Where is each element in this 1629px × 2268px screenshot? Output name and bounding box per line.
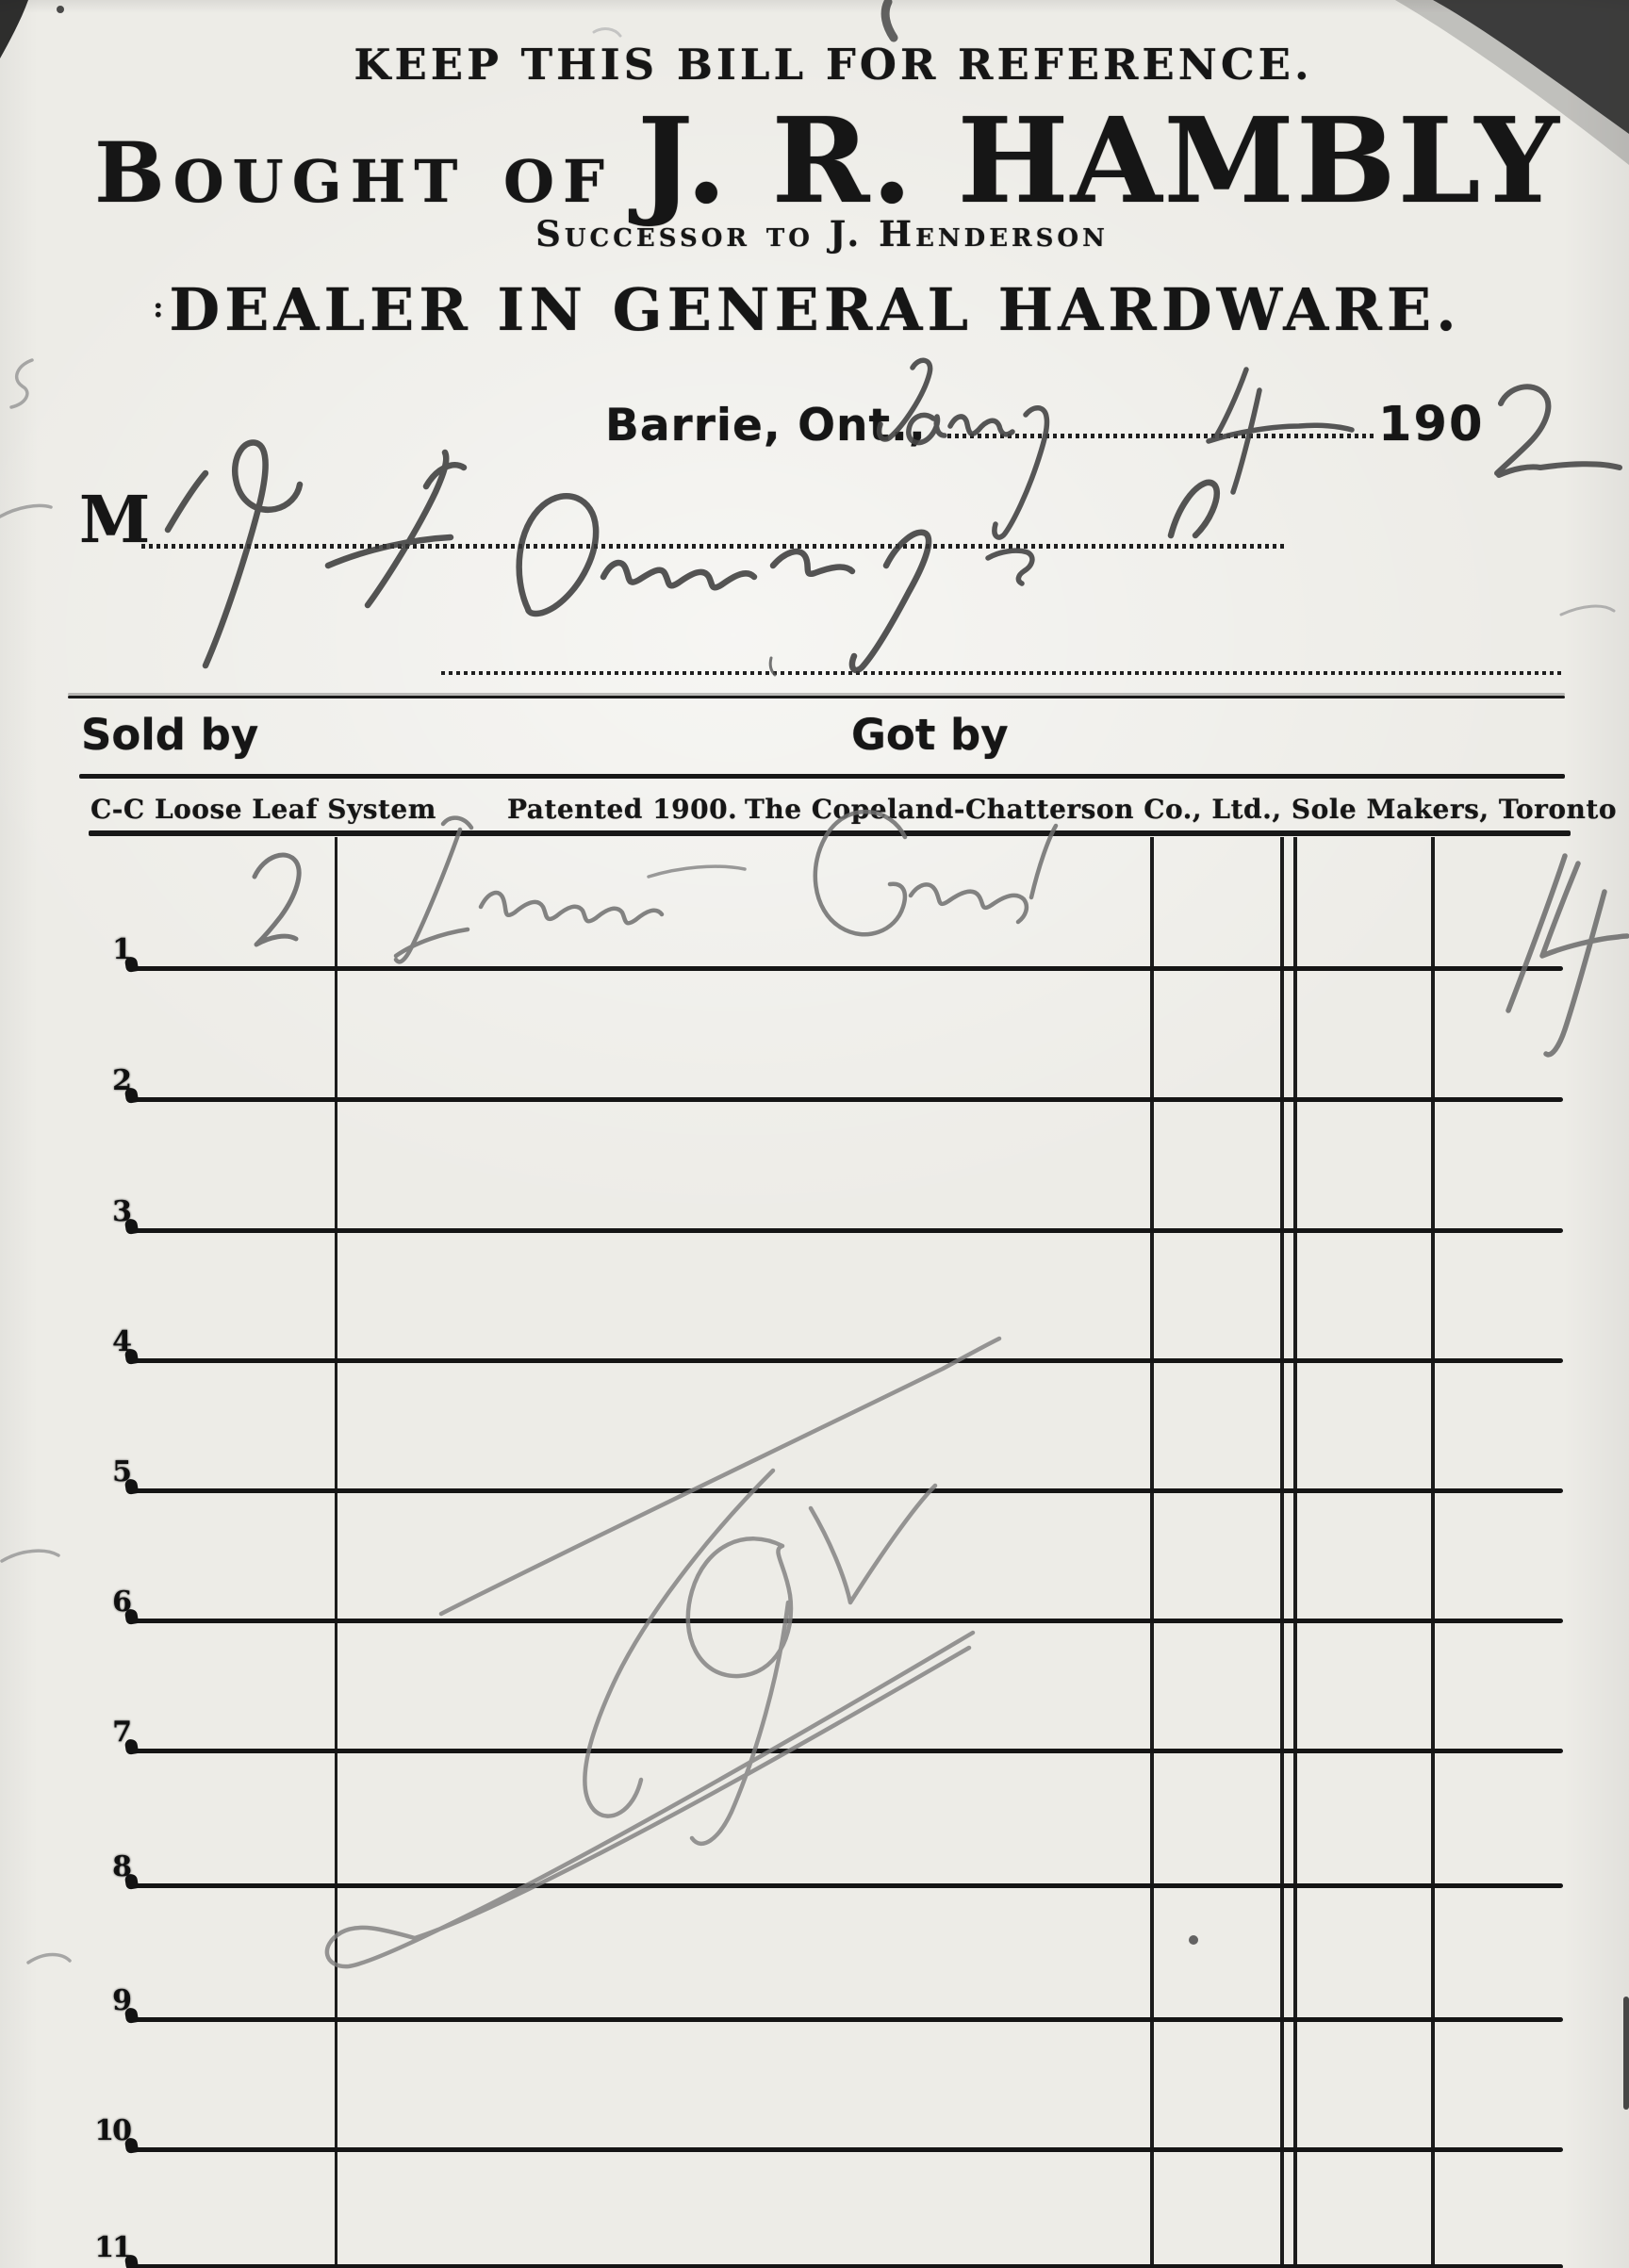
ledger-row-line <box>134 1619 1563 1623</box>
keep-reference-line: KEEP THIS BILL FOR REFERENCE. <box>354 40 1312 90</box>
ledger-row-line <box>134 1228 1563 1233</box>
address-dotted-rule <box>441 671 1563 675</box>
got-by-label: Got by <box>851 710 1009 760</box>
ledger-row-line <box>134 2017 1563 2022</box>
dealer-line-text: DEALER IN GENERAL HARDWARE. <box>169 275 1460 344</box>
handwritten-date <box>880 360 1352 583</box>
ledger-row-line <box>134 2264 1563 2268</box>
ledger-double-line-right <box>1293 837 1297 2268</box>
dealer-line: :DEALER IN GENERAL HARDWARE. <box>153 275 1460 344</box>
handwritten-row1-amount <box>1508 856 1627 1055</box>
dealer-prefix-mark: : <box>153 291 163 324</box>
ledger-row-line <box>134 2147 1563 2152</box>
ledger-row-line <box>134 1883 1563 1888</box>
handwritten-year-digit <box>1497 386 1620 475</box>
handwritten-customer-name <box>168 442 1217 669</box>
customer-name-dotted-rule <box>141 544 1284 549</box>
ledger-column-line-price <box>1150 837 1154 2268</box>
ledger-row-line <box>134 1097 1563 1102</box>
ledger-row-line <box>134 1358 1563 1363</box>
handwritten-row1-quantity <box>255 855 299 945</box>
divider-rule-bottom <box>79 774 1565 779</box>
ledger-column-line-quantity <box>335 837 337 2268</box>
bought-of-label: Bought of <box>94 123 613 222</box>
ledger-double-line-left <box>1280 837 1284 2268</box>
fine-print-system: C-C Loose Leaf System <box>90 794 436 825</box>
salutation-prefix: M <box>79 483 150 558</box>
bill-document: KEEP THIS BILL FOR REFERENCE. Bought ofJ… <box>0 0 1629 2268</box>
fine-print-maker: The Copeland-Chatterson Co., Ltd., Sole … <box>745 794 1617 825</box>
sold-by-label: Sold by <box>81 710 258 760</box>
merchant-name: J. R. HAMBLY <box>637 92 1561 230</box>
date-dotted-rule <box>947 434 1374 438</box>
successor-line: Successor to J. Henderson <box>535 213 1109 255</box>
ledger-row-line <box>134 1749 1563 1753</box>
ledger-top-rule <box>89 830 1571 836</box>
pencil-dot <box>1189 1935 1198 1945</box>
ledger-row-line <box>134 966 1563 971</box>
ledger-row-line <box>134 1488 1563 1493</box>
pencil-scribble <box>327 1339 999 1966</box>
divider-rule-top <box>68 696 1565 698</box>
ledger-column-line-amount <box>1431 837 1435 2268</box>
bought-of-line: Bought ofJ. R. HAMBLY <box>94 92 1560 230</box>
place-label: Barrie, Ont., <box>605 400 927 452</box>
printed-year-prefix: 190 <box>1378 397 1484 452</box>
fine-print-patent: Patented 1900. <box>507 794 737 825</box>
